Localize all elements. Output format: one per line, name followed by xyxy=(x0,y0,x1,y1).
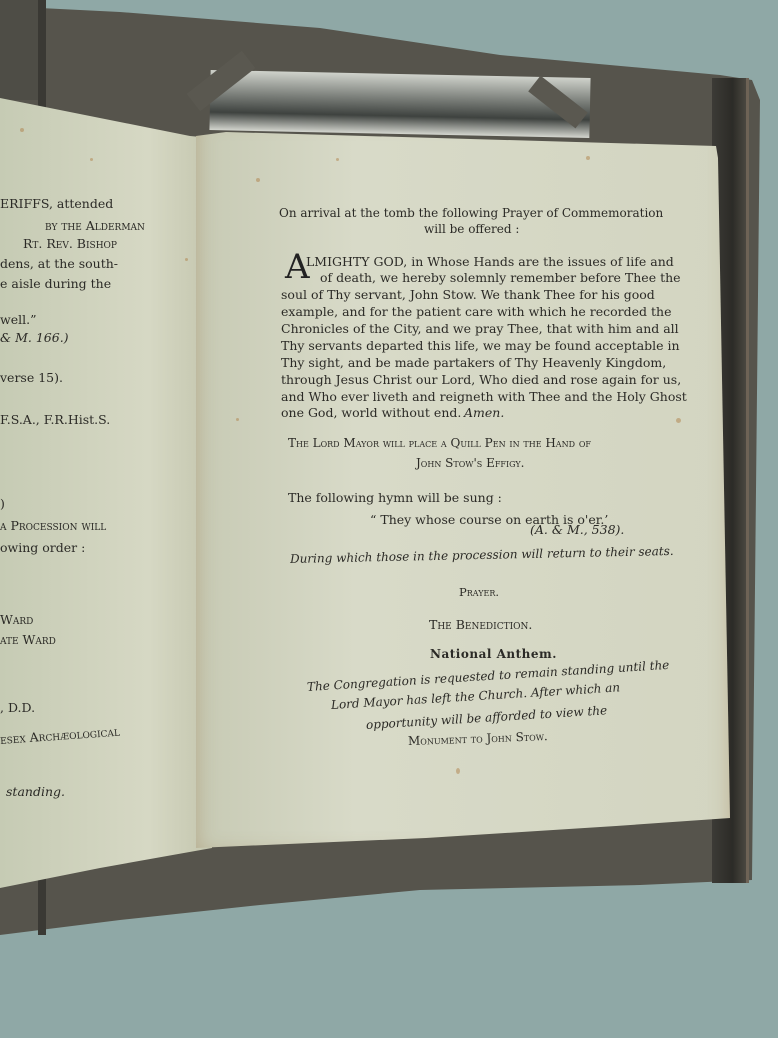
prayer-line: soul of Thy servant, John Stow. We thank… xyxy=(281,287,655,302)
left-line: a Procession will xyxy=(0,518,106,533)
left-line: ) xyxy=(0,496,5,511)
left-line: & M. 166.) xyxy=(0,330,69,345)
left-line: dens, at the south- xyxy=(0,256,118,271)
prayer-line: through Jesus Christ our Lord, Who died … xyxy=(281,372,681,387)
left-line: e aisle during the xyxy=(0,276,111,291)
left-line: , D.D. xyxy=(0,700,35,715)
prayer-line: one God, world without end. xyxy=(281,405,461,420)
left-line: standing. xyxy=(6,784,65,799)
left-line: ate Ward xyxy=(0,632,56,647)
prayer-line: Chronicles of the City, and we pray Thee… xyxy=(281,321,679,336)
prayer-line: Thy servants departed this life, we may … xyxy=(281,338,680,353)
prayer-line: example, and for the patient care with w… xyxy=(281,304,672,319)
prayer-line: of death, we hereby solemnly remember be… xyxy=(320,270,681,285)
quill-instruction: The Lord Mayor will place a Quill Pen in… xyxy=(288,436,591,450)
intro-line: will be offered : xyxy=(424,222,519,236)
anthem-heading: National Anthem. xyxy=(430,647,557,661)
left-line: well.” xyxy=(0,312,36,327)
mounted-photograph xyxy=(209,70,590,138)
prayer-heading: Prayer. xyxy=(459,585,499,599)
prayer-line: LMIGHTY GOD, in Whose Hands are the issu… xyxy=(306,254,674,269)
left-line: Ward xyxy=(0,612,33,627)
amen: Amen. xyxy=(464,405,504,420)
left-line: by the Alderman xyxy=(45,218,145,233)
quill-instruction: John Stow's Effigy. xyxy=(416,456,524,470)
left-line: owing order : xyxy=(0,540,85,555)
left-line: ERIFFS, attended xyxy=(0,196,113,211)
left-line: verse 15). xyxy=(0,370,63,385)
left-line: Rt. Rev. Bishop xyxy=(23,236,117,251)
benediction-heading: The Benediction. xyxy=(429,617,532,632)
album-left-board xyxy=(0,0,38,100)
prayer-line: Thy sight, and be made partakers of Thy … xyxy=(281,355,666,370)
hymn-intro: The following hymn will be sung : xyxy=(288,490,502,505)
left-page xyxy=(0,98,212,888)
intro-line: On arrival at the tomb the following Pra… xyxy=(279,206,663,220)
hymn-reference: (A. & M., 538). xyxy=(530,522,624,537)
left-line: F.S.A., F.R.Hist.S. xyxy=(0,412,110,427)
prayer-line: and Who ever liveth and reigneth with Th… xyxy=(281,389,687,404)
